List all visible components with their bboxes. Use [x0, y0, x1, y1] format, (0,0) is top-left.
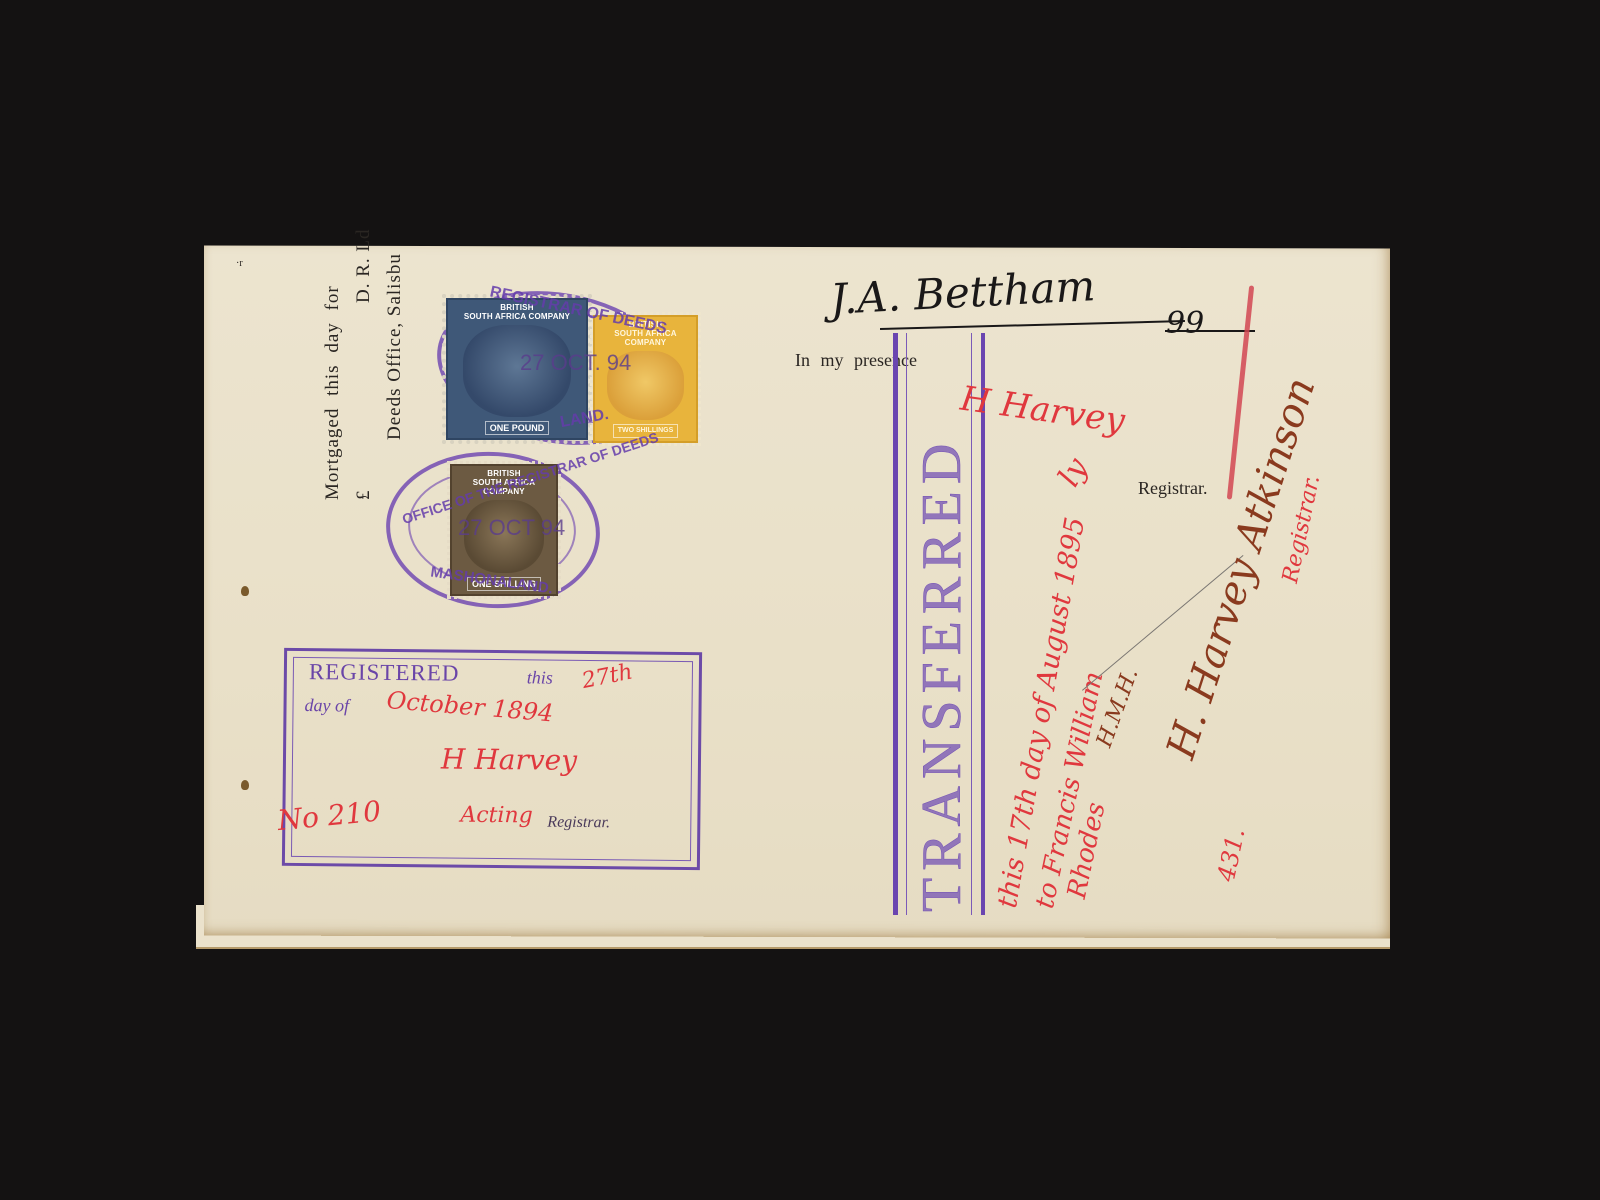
registered-signature: H Harvey: [441, 742, 577, 776]
day-of-label: day of: [304, 695, 349, 716]
suffix-underline: [1165, 330, 1255, 332]
cancel-date-lower: 27 OCT 94: [458, 515, 565, 541]
pound-sign: £: [353, 491, 375, 501]
punch-hole: [241, 780, 249, 790]
mortgagee-name: D. R. Ld: [353, 229, 375, 304]
registrar-label-box: Registrar.: [547, 814, 610, 833]
transferred-stamp-text: TRANSFERRED: [910, 437, 974, 912]
cancel-date-upper: 27 OCT. 94: [520, 350, 631, 376]
registered-stamp-box: REGISTERED this 27th day of October 1894…: [282, 648, 702, 870]
punch-hole: [241, 586, 249, 596]
corner-mark: ·r: [236, 258, 243, 269]
this-label: this: [527, 667, 553, 688]
signature-suffix: 99: [1166, 306, 1204, 341]
deeds-office-label: Deeds Office, Salisbu: [384, 253, 406, 440]
registered-heading: REGISTERED: [309, 659, 460, 687]
mortgage-label: Mortgaged this day for: [322, 285, 344, 500]
acting-label: Acting: [460, 803, 533, 829]
registrar-label-printed: Registrar.: [1138, 478, 1208, 499]
